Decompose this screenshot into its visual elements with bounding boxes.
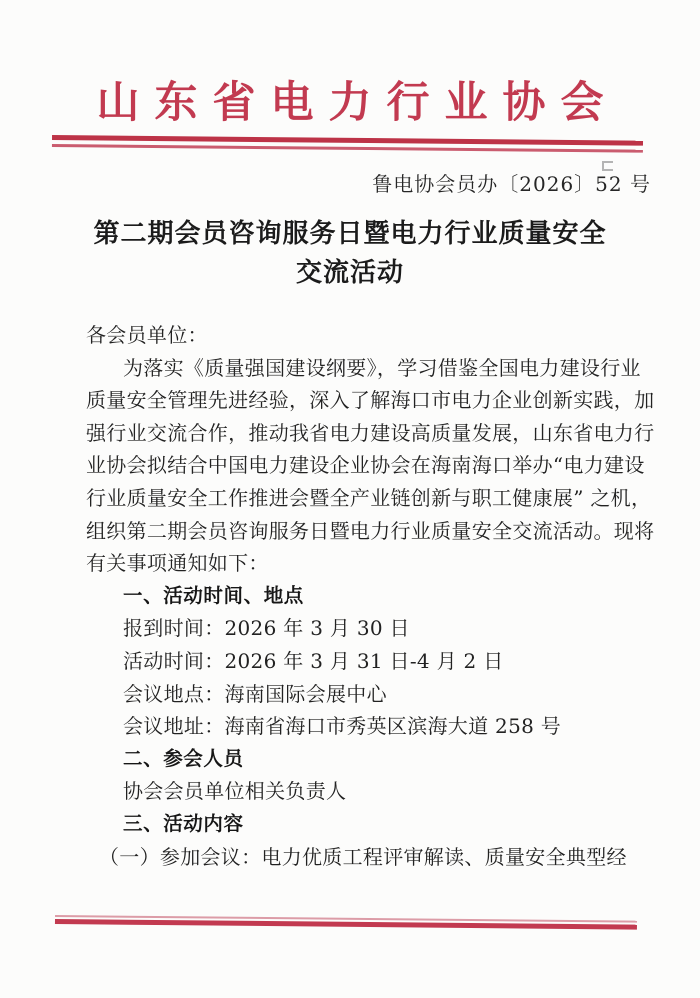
body-line: 业协会拟结合中国电力建设企业协会在海南海口举办“电力建设 xyxy=(86,449,642,482)
body-line: （一）参加会议：电力优质工程评审解读、质量安全典型经 xyxy=(86,841,642,874)
body-line: 各会员单位： xyxy=(86,319,642,352)
doc-number: 鲁电协会员办〔2026〕52 号 xyxy=(372,168,651,197)
body-line: 质量安全管理先进经验，深入了解海口市电力企业创新实践，加 xyxy=(86,384,642,417)
scan-artifact xyxy=(602,161,613,171)
org-name: 山东省电力行业协会 xyxy=(0,74,700,132)
body-line: 报到时间：2026 年 3 月 30 日 xyxy=(86,612,642,645)
body-line: 二、参会人员 xyxy=(86,743,642,776)
header-rule-thin xyxy=(52,144,643,152)
document-title-line2: 交流活动 xyxy=(296,258,404,288)
body-line: 会议地址：海南省海口市秀英区滨海大道 258 号 xyxy=(86,710,642,743)
body-line: 有关事项通知如下： xyxy=(86,547,642,580)
body-line: 行业质量安全工作推进会暨全产业链创新与职工健康展” 之机， xyxy=(86,482,642,515)
body-line: 强行业交流合作，推动我省电力建设高质量发展，山东省电力行 xyxy=(86,417,642,450)
document-title-line1: 第二期会员咨询服务日暨电力行业质量安全 xyxy=(93,219,606,249)
body-line: 组织第二期会员咨询服务日暨电力行业质量安全交流活动。现将 xyxy=(86,515,642,548)
document-page: 山东省电力行业协会 鲁电协会员办〔2026〕52 号 第二期会员咨询服务日暨电力… xyxy=(0,0,700,998)
body-line: 为落实《质量强国建设纲要》，学习借鉴全国电力建设行业 xyxy=(86,352,642,385)
body-line: 活动时间：2026 年 3 月 31 日-4 月 2 日 xyxy=(86,645,642,678)
body-line: 会议地点：海南国际会展中心 xyxy=(86,678,642,711)
footer-divider xyxy=(55,915,637,929)
body-line: 协会会员单位相关负责人 xyxy=(86,775,642,808)
header-divider xyxy=(52,135,643,152)
document-title: 第二期会员咨询服务日暨电力行业质量安全交流活动 xyxy=(0,215,700,293)
body-line: 三、活动内容 xyxy=(86,808,642,841)
body-line: 一、活动时间、地点 xyxy=(86,580,642,613)
document-body: 各会员单位：为落实《质量强国建设纲要》，学习借鉴全国电力建设行业质量安全管理先进… xyxy=(86,319,642,873)
